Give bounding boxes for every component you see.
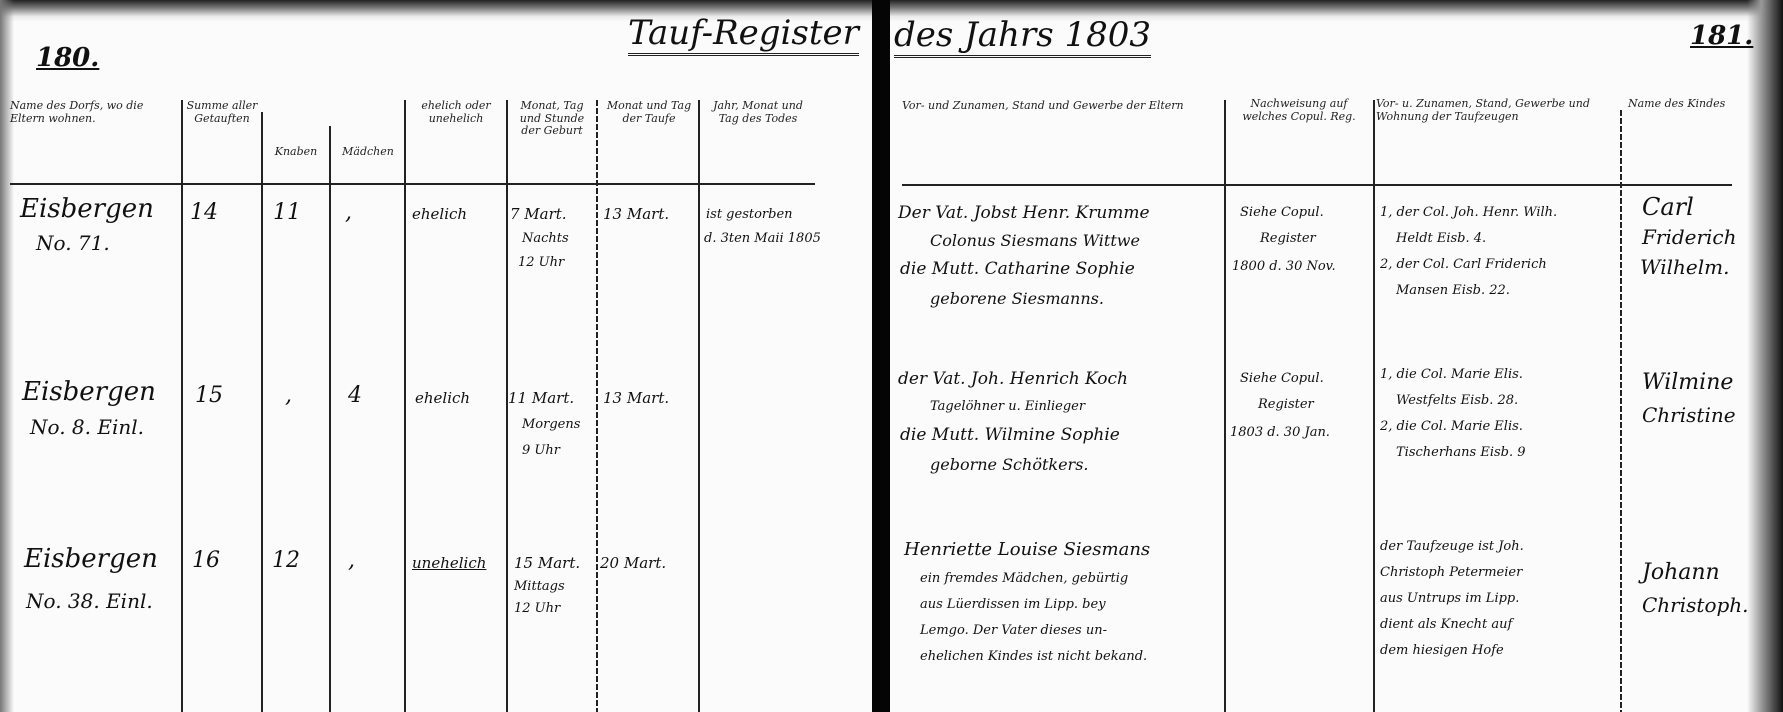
godparent-line: Tischerhans Eisb. 9 <box>1396 446 1526 461</box>
baptism-date: 20 Mart. <box>600 555 666 572</box>
column-divider <box>596 100 598 712</box>
marriage-ref: Register <box>1258 398 1314 413</box>
birth-hour: 9 Uhr <box>522 444 560 459</box>
house-number: No. 8. Einl. <box>30 416 144 439</box>
parents-line: ein fremdes Mädchen, gebürtig <box>920 572 1128 587</box>
girls-count: 4 <box>348 383 362 408</box>
col-header-birth: Monat, Tag und Stunde der Geburt <box>509 100 595 138</box>
boys-count: 11 <box>273 200 301 225</box>
col-header-marriage-ref: Nachweisung auf welches Copul. Reg. <box>1227 98 1371 123</box>
girls-count: , <box>345 200 352 225</box>
birth-time: Mittags <box>514 580 565 595</box>
col-header-child-name: Name des Kindes <box>1628 98 1738 111</box>
legitimacy: ehelich <box>412 206 467 223</box>
birth-time: Nachts <box>522 232 569 247</box>
column-divider <box>404 100 406 712</box>
child-name: Johann <box>1642 560 1720 585</box>
godparent-line: aus Untrups im Lipp. <box>1380 592 1519 607</box>
col-header-parents: Vor- und Zunamen, Stand und Gewerbe der … <box>902 100 1222 113</box>
legitimacy: unehelich <box>412 555 486 572</box>
parents-line: geborene Siesmanns. <box>930 290 1104 308</box>
house-number: No. 38. Einl. <box>26 590 153 613</box>
boys-count: 12 <box>272 548 300 573</box>
godparent-line: 1, die Col. Marie Elis. <box>1380 368 1523 383</box>
birth-hour: 12 Uhr <box>514 602 560 617</box>
godparent-line: dem hiesigen Hofe <box>1380 644 1504 659</box>
godparent-line: Westfelts Eisb. 28. <box>1396 394 1518 409</box>
girls-count: , <box>348 548 355 573</box>
birth-time: Morgens <box>522 418 580 433</box>
header-rule <box>902 184 1732 186</box>
right-page: des Jahrs 1803 181. Vor- und Zunamen, St… <box>890 0 1783 712</box>
left-page: 180. Tauf-Register Name des Dorfs, wo di… <box>0 0 878 712</box>
col-header-legitimacy: ehelich oder unehelich <box>407 100 505 125</box>
birth-date: 11 Mart. <box>508 390 574 407</box>
child-name: Wilmine <box>1642 370 1733 395</box>
godparent-line: Heldt Eisb. 4. <box>1396 232 1486 247</box>
child-name: Wilhelm. <box>1640 256 1729 279</box>
godparent-line: Christoph Petermeier <box>1380 566 1522 581</box>
parents-line: ehelichen Kindes ist nicht bekand. <box>920 650 1147 665</box>
parents-line: Der Vat. Jobst Henr. Krumme <box>898 204 1150 224</box>
total-count: 16 <box>192 548 220 573</box>
marriage-ref: Siehe Copul. <box>1240 206 1324 221</box>
parents-line: Colonus Siesmans Wittwe <box>930 232 1140 250</box>
godparent-line: 2, der Col. Carl Friderich <box>1380 258 1547 273</box>
child-name: Christoph. <box>1642 594 1749 617</box>
death-note: ist gestorben <box>706 208 793 223</box>
parents-line: die Mutt. Catharine Sophie <box>900 260 1135 280</box>
register-title: Tauf-Register <box>628 14 859 56</box>
page-edge-shadow <box>1747 0 1783 712</box>
col-header-death: Jahr, Monat und Tag des Todes <box>702 100 814 125</box>
col-header-baptism: Monat und Tag der Taufe <box>599 100 699 125</box>
village: Eisbergen <box>24 545 158 575</box>
marriage-ref: 1800 d. 30 Nov. <box>1232 260 1336 275</box>
register-year-title: des Jahrs 1803 <box>894 16 1151 58</box>
parents-line: die Mutt. Wilmine Sophie <box>900 426 1120 446</box>
child-name: Carl <box>1642 194 1694 222</box>
column-divider <box>181 100 183 712</box>
godparent-line: der Taufzeuge ist Joh. <box>1380 540 1524 555</box>
left-page-number: 180. <box>36 44 99 74</box>
child-name: Friderich <box>1642 226 1737 249</box>
total-count: 15 <box>195 383 223 408</box>
godparent-line: dient als Knecht auf <box>1380 618 1512 633</box>
column-divider <box>1373 100 1375 712</box>
house-number: No. 71. <box>36 232 110 255</box>
parents-line: Henriette Louise Siesmans <box>904 540 1150 561</box>
parents-line: Tagelöhner u. Einlieger <box>930 400 1085 415</box>
village: Eisbergen <box>22 378 156 408</box>
col-header-boys: Knaben <box>264 146 328 159</box>
legitimacy: ehelich <box>415 390 470 407</box>
child-name: Christine <box>1642 404 1736 427</box>
parents-line: der Vat. Joh. Henrich Koch <box>898 370 1128 390</box>
col-header-godparents: Vor- u. Zunamen, Stand, Gewerbe und Wohn… <box>1376 98 1620 123</box>
col-header-village: Name des Dorfs, wo die Eltern wohnen. <box>10 100 175 125</box>
parents-line: Lemgo. Der Vater dieses un- <box>920 624 1107 639</box>
baptism-date: 13 Mart. <box>603 390 669 407</box>
marriage-ref: Siehe Copul. <box>1240 372 1324 387</box>
parents-line: aus Lüerdissen im Lipp. bey <box>920 598 1106 613</box>
boys-count: , <box>285 383 292 408</box>
birth-hour: 12 Uhr <box>518 256 564 271</box>
marriage-ref: 1803 d. 30 Jan. <box>1230 426 1330 441</box>
parents-line: geborne Schötkers. <box>930 456 1089 474</box>
book-spine <box>872 0 892 712</box>
col-header-girls: Mädchen <box>332 146 404 159</box>
column-divider <box>698 100 700 712</box>
village: Eisbergen <box>20 195 154 225</box>
marriage-ref: Register <box>1260 232 1316 247</box>
column-divider <box>329 126 331 712</box>
column-divider <box>261 112 263 712</box>
birth-date: 7 Mart. <box>510 206 567 223</box>
column-divider <box>1224 100 1226 712</box>
death-date: d. 3ten Maii 1805 <box>704 232 821 247</box>
column-divider <box>1620 110 1622 712</box>
godparent-line: 2, die Col. Marie Elis. <box>1380 420 1523 435</box>
right-page-number: 181. <box>1690 22 1753 52</box>
header-rule <box>10 183 815 185</box>
total-count: 14 <box>190 200 218 225</box>
godparent-line: 1, der Col. Joh. Henr. Wilh. <box>1380 206 1557 221</box>
godparent-line: Mansen Eisb. 22. <box>1396 284 1510 299</box>
birth-date: 15 Mart. <box>514 555 580 572</box>
baptism-date: 13 Mart. <box>603 206 669 223</box>
col-header-total: Summe aller Getauften <box>184 100 260 125</box>
